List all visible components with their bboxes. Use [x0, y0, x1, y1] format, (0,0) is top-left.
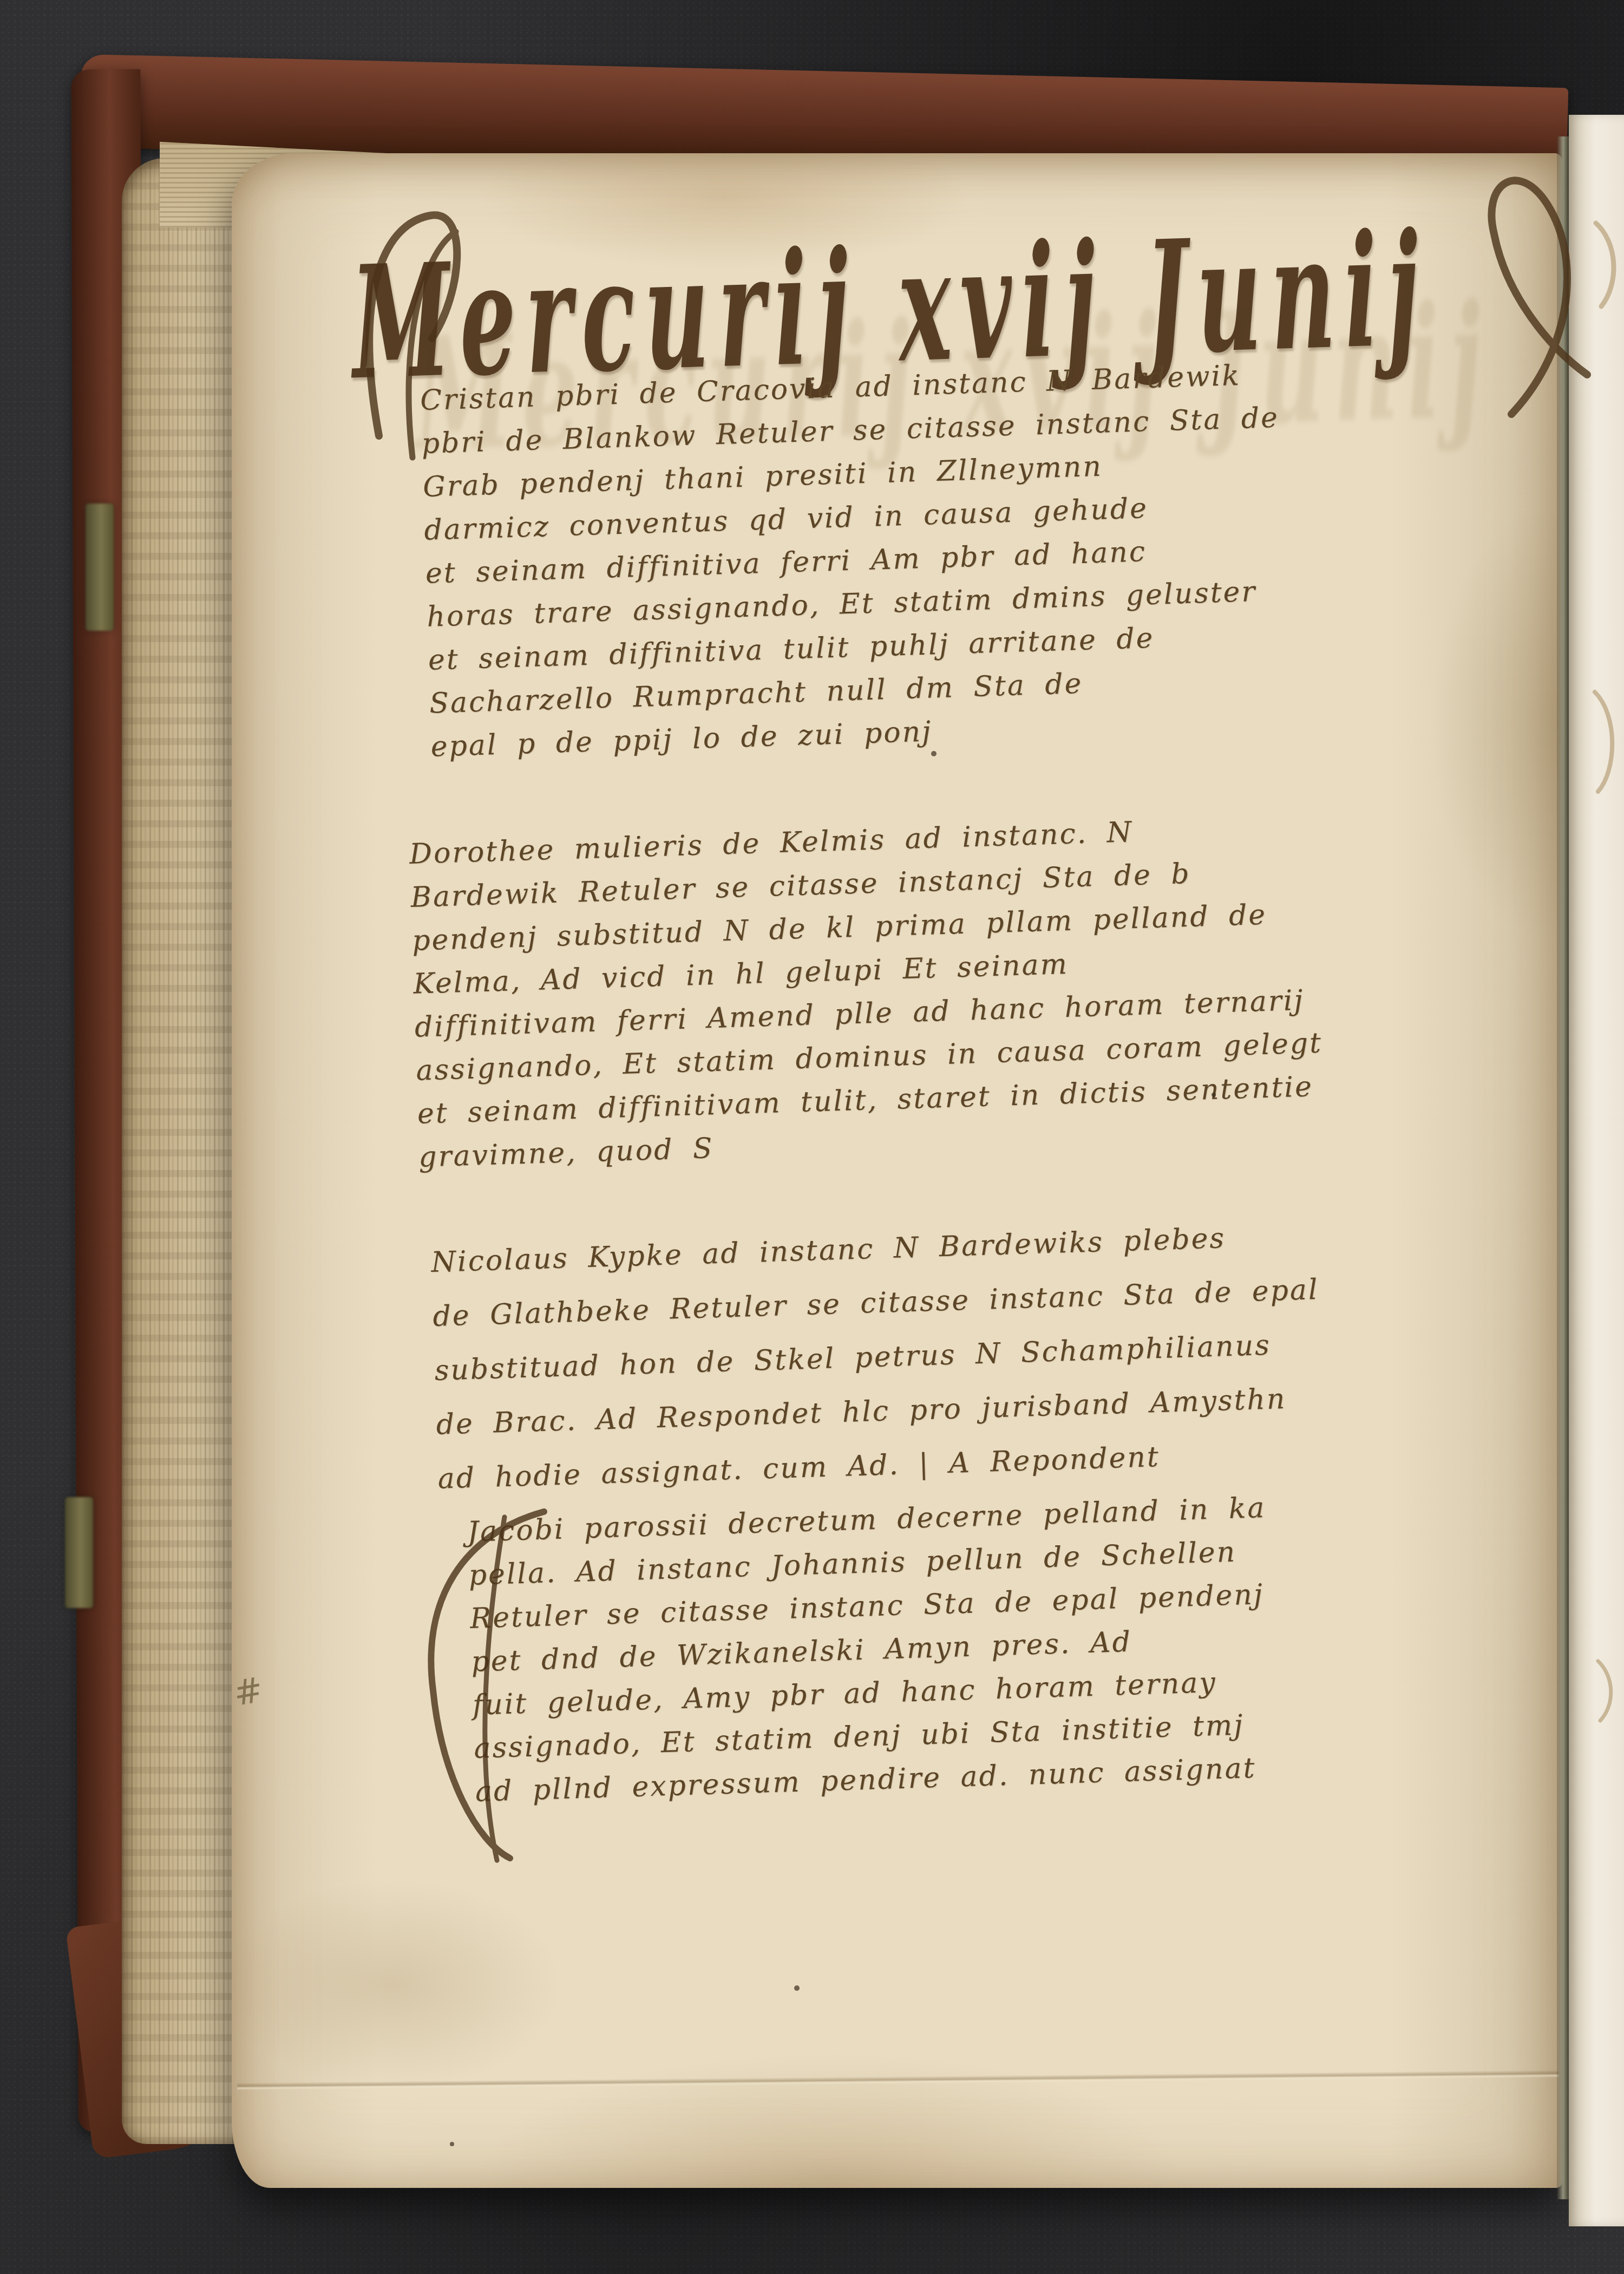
clasp-remnant-upper: [86, 504, 114, 631]
manuscript-entry-2: Dorothee mulieris de Kelmis ad instanc. …: [409, 805, 1326, 1179]
page-crease: [237, 2070, 1559, 2090]
manuscript-entry-4: Jacobi parossii decretum decerne pelland…: [467, 1486, 1274, 1814]
manuscript-entry-1: Cristan pbri de Cracovia ad instanc N Ba…: [420, 353, 1289, 769]
facing-page-edge: [1569, 115, 1624, 2226]
clasp-remnant-lower: [65, 1497, 93, 1608]
manuscript-entry-3: Nicolaus Kypke ad instanc N Bardewiks pl…: [430, 1208, 1325, 1506]
